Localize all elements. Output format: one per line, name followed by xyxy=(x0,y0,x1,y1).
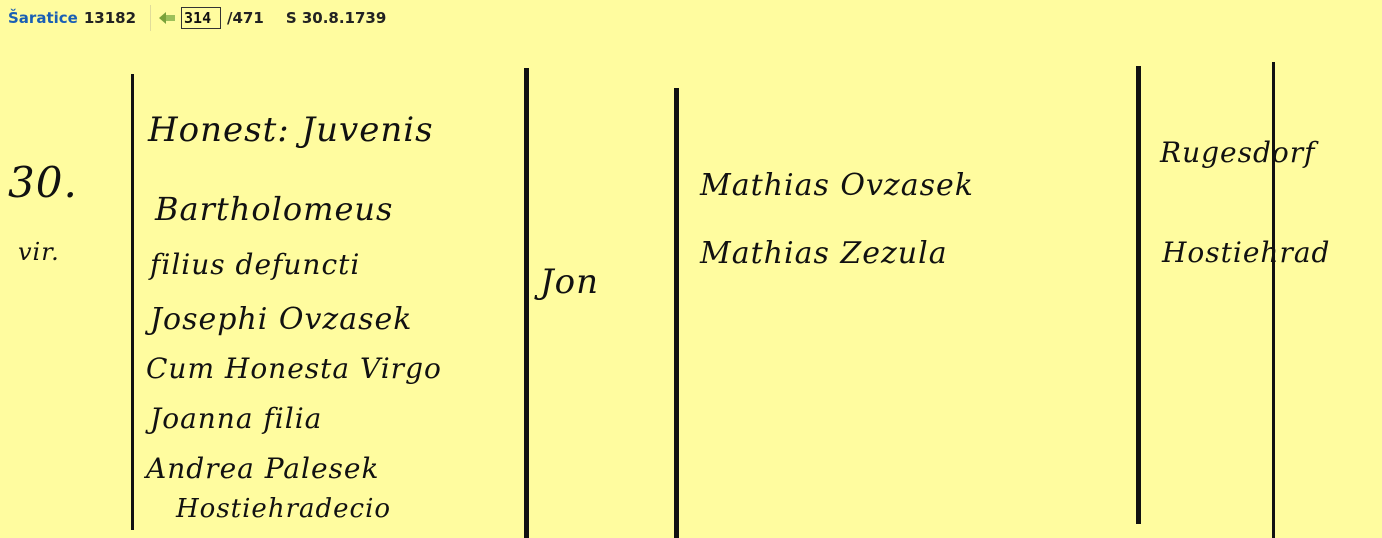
column-rule xyxy=(674,88,679,538)
witness-line: Mathias Ovzasek xyxy=(700,168,974,203)
column-rule xyxy=(1136,66,1141,524)
entry-line: Hostiehradecio xyxy=(176,494,391,524)
witness-place: Rugesdorf xyxy=(1160,136,1316,169)
entry-line: Cum Honesta Virgo xyxy=(146,352,442,385)
record-date: S 30.8.1739 xyxy=(286,9,386,27)
entry-line: Joanna filia xyxy=(150,402,322,435)
entry-line: Honest: Juvenis xyxy=(148,110,434,150)
column-rule xyxy=(1272,62,1275,538)
page-number-input[interactable] xyxy=(181,7,221,29)
column-rule xyxy=(524,68,529,538)
entry-line: filius defuncti xyxy=(150,248,360,281)
viewer-toolbar: Šaratice 13182 /471 S 30.8.1739 xyxy=(0,0,440,36)
witness-line: Mathias Zezula xyxy=(700,236,948,271)
entry-line: Josephi Ovzasek xyxy=(150,302,412,337)
parish-link[interactable]: Šaratice xyxy=(8,9,78,27)
column-rule xyxy=(131,74,134,530)
toolbar-divider xyxy=(150,5,151,31)
register-id: 13182 xyxy=(84,9,136,27)
total-pages: /471 xyxy=(227,9,264,27)
entry-line: Andrea Palesek xyxy=(146,452,379,485)
entry-line: Bartholomeus xyxy=(155,190,393,228)
left-arrow-icon[interactable] xyxy=(159,12,177,24)
date-note: vir. xyxy=(18,238,60,266)
witness-place: Hostiehrad xyxy=(1162,236,1330,269)
scanned-register-page: 30. vir. Honest: Juvenis Bartholomeus fi… xyxy=(0,40,1382,538)
date-day: 30. xyxy=(8,158,78,207)
priest-name: Jon xyxy=(540,262,599,302)
